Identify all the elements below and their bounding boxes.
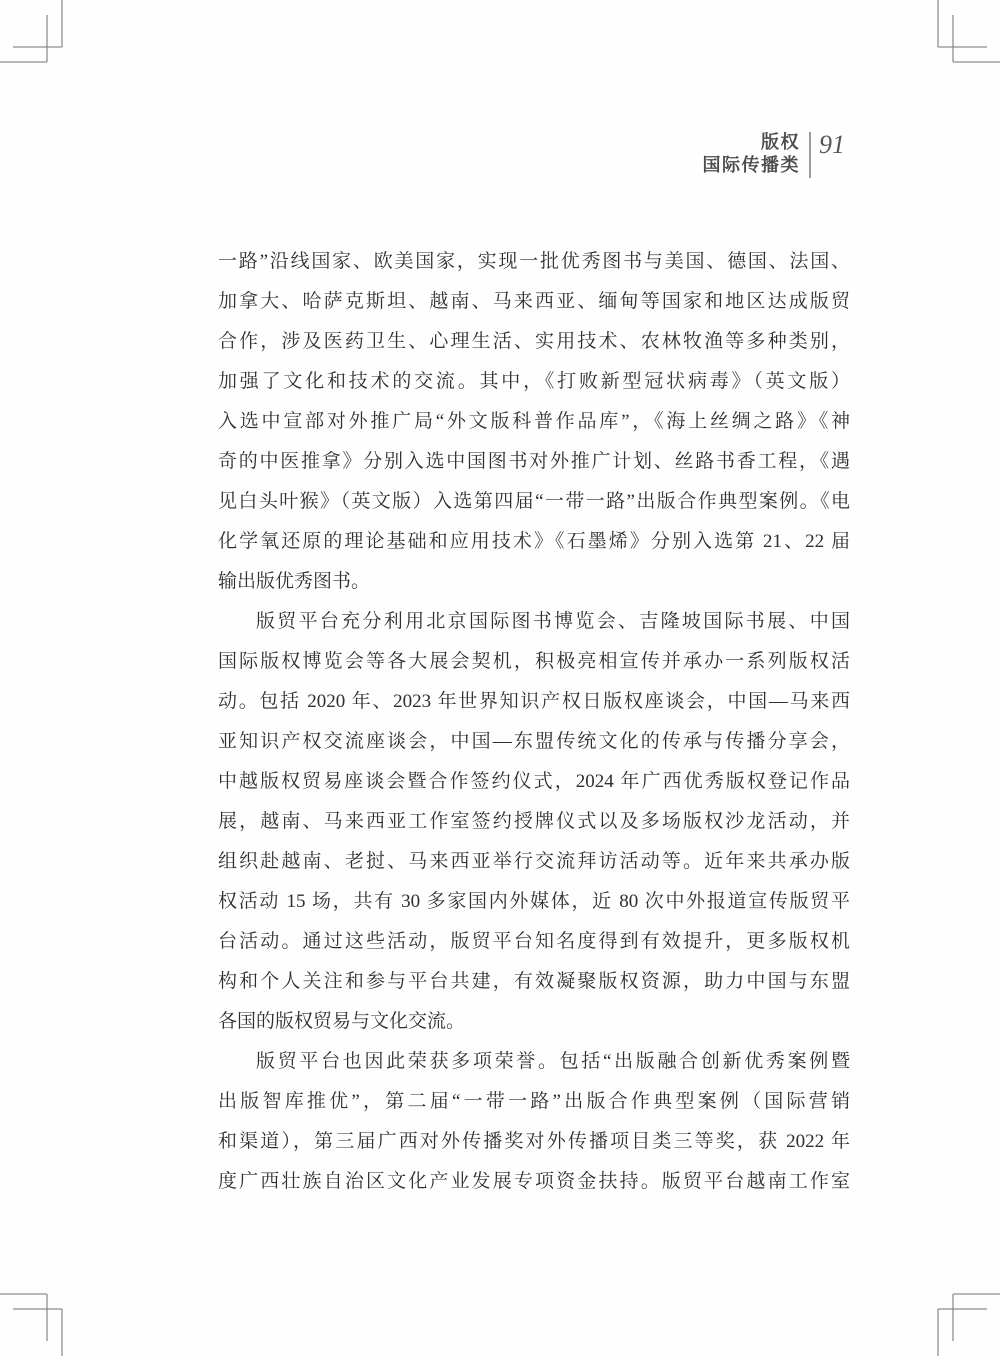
- text-line: 奇的中医推拿》分别入选中国图书对外推广计划、丝路书香工程，《遇: [218, 442, 850, 482]
- text-line: 各国的版权贸易与文化交流。: [218, 1002, 850, 1042]
- paragraph: 版贸平台充分利用北京国际图书博览会、吉隆坡国际书展、中国国际版权博览会等各大展会…: [218, 602, 850, 1042]
- crop-mark-top-left: [0, 0, 70, 70]
- text-line: 化学氧还原的理论基础和应用技术》《石墨烯》分别入选第 21、22 届: [218, 522, 850, 562]
- header-category: 版权: [703, 131, 801, 154]
- text-line: 加拿大、哈萨克斯坦、越南、马来西亚、缅甸等国家和地区达成版贸: [218, 282, 850, 322]
- page: 版权 国际传播类 91 一路”沿线国家、欧美国家，实现一批优秀图书与美国、德国、…: [0, 0, 1000, 1356]
- text-line: 构和个人关注和参与平台共建，有效凝聚版权资源，助力中国与东盟: [218, 962, 850, 1002]
- crop-mark-bottom-left: [0, 1286, 70, 1356]
- text-line: 见白头叶猴》（英文版）入选第四届“一带一路”出版合作典型案例。《电: [218, 482, 850, 522]
- text-line: 合作，涉及医药卫生、心理生活、实用技术、农林牧渔等多种类别，: [218, 322, 850, 362]
- crop-mark-bottom-right: [930, 1286, 1000, 1356]
- text-line: 版贸平台也因此荣获多项荣誉。包括“出版融合创新优秀案例暨: [218, 1042, 850, 1082]
- text-line: 度广西壮族自治区文化产业发展专项资金扶持。版贸平台越南工作室: [218, 1162, 850, 1202]
- text-line: 台活动。通过这些活动，版贸平台知名度得到有效提升，更多版权机: [218, 922, 850, 962]
- text-line: 和渠道），第三届广西对外传播奖对外传播项目类三等奖，获 2022 年: [218, 1122, 850, 1162]
- text-line: 展，越南、马来西亚工作室签约授牌仪式以及多场版权沙龙活动，并: [218, 802, 850, 842]
- body-text: 一路”沿线国家、欧美国家，实现一批优秀图书与美国、德国、法国、加拿大、哈萨克斯坦…: [218, 242, 850, 1202]
- running-header: 版权 国际传播类 91: [703, 131, 846, 178]
- text-line: 一路”沿线国家、欧美国家，实现一批优秀图书与美国、德国、法国、: [218, 242, 850, 282]
- header-section-titles: 版权 国际传播类: [703, 131, 801, 177]
- text-line: 组织赴越南、老挝、马来西亚举行交流拜访活动等。近年来共承办版: [218, 842, 850, 882]
- text-line: 亚知识产权交流座谈会，中国—东盟传统文化的传承与传播分享会，: [218, 722, 850, 762]
- crop-mark-top-right: [930, 0, 1000, 70]
- text-line: 动。包括 2020 年、2023 年世界知识产权日版权座谈会，中国—马来西: [218, 682, 850, 722]
- text-line: 入选中宣部对外推广局“外文版科普作品库”，《海上丝绸之路》《神: [218, 402, 850, 442]
- text-line: 出版智库推优”，第二届“一带一路”出版合作典型案例（国际营销: [218, 1082, 850, 1122]
- header-subcategory: 国际传播类: [703, 154, 801, 177]
- text-line: 输出版优秀图书。: [218, 562, 850, 602]
- text-line: 权活动 15 场，共有 30 多家国内外媒体，近 80 次中外报道宣传版贸平: [218, 882, 850, 922]
- page-number: 91: [819, 131, 845, 158]
- header-divider: [809, 132, 811, 178]
- text-line: 版贸平台充分利用北京国际图书博览会、吉隆坡国际书展、中国: [218, 602, 850, 642]
- paragraph: 一路”沿线国家、欧美国家，实现一批优秀图书与美国、德国、法国、加拿大、哈萨克斯坦…: [218, 242, 850, 602]
- paragraph: 版贸平台也因此荣获多项荣誉。包括“出版融合创新优秀案例暨出版智库推优”，第二届“…: [218, 1042, 850, 1202]
- text-line: 中越版权贸易座谈会暨合作签约仪式，2024 年广西优秀版权登记作品: [218, 762, 850, 802]
- text-line: 国际版权博览会等各大展会契机，积极亮相宣传并承办一系列版权活: [218, 642, 850, 682]
- text-line: 加强了文化和技术的交流。其中，《打败新型冠状病毒》（英文版）: [218, 362, 850, 402]
